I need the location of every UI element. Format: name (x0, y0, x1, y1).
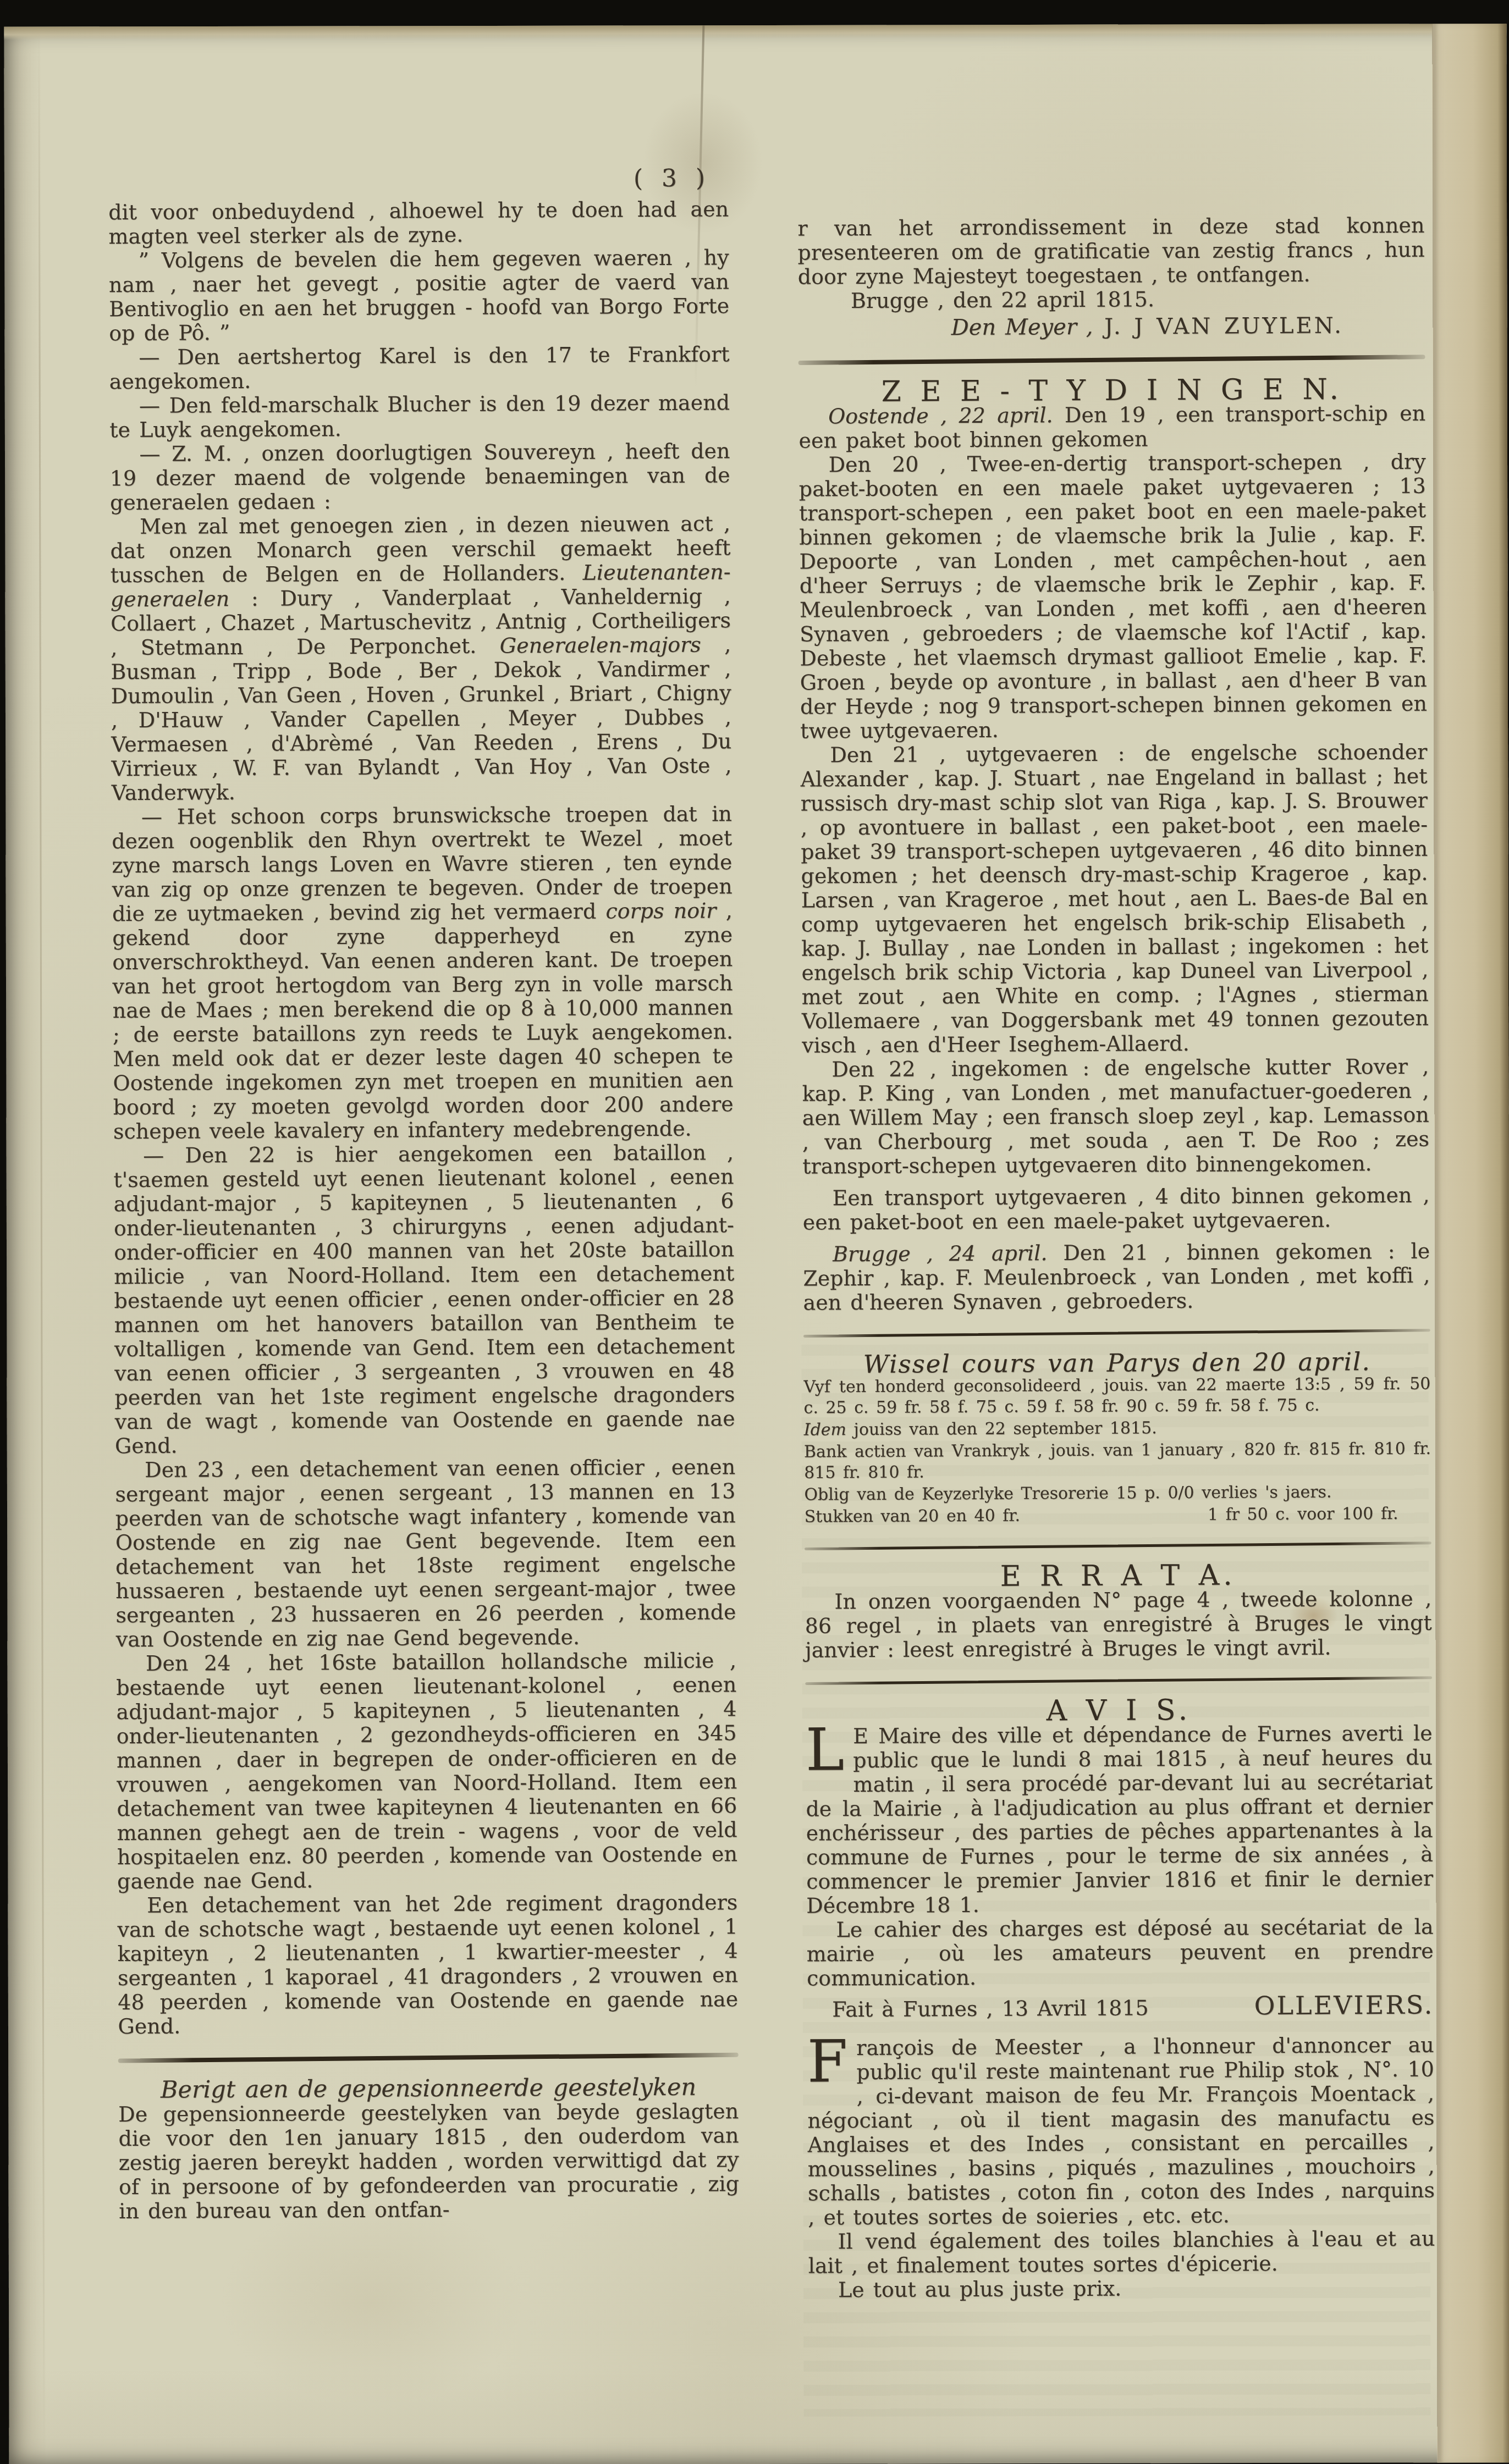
annonce-text-1: rançois de Meester , a l'honneur d'annon… (807, 2033, 1435, 2230)
zee-oostende-dateline: Oostende , 22 april. (828, 403, 1053, 428)
wissel-cours-title: Wissel cours van Parys den 20 april. (803, 1350, 1430, 1377)
horizontal-rule (118, 2053, 739, 2063)
avis-paragraph-1: LE Maire des ville et dépendance de Furn… (806, 1721, 1434, 1918)
paragraph-dragonders: Een detachement van het 2de regiment dra… (117, 1890, 738, 2038)
page-content: ( 3 ) dit voor onbeduydend , alhoewel hy… (0, 21, 1509, 2464)
zee-den20: Den 20 , Twee-en-dertig transport-schepe… (798, 450, 1427, 743)
zee-den21: Den 21 , uytgevaeren : de engelsche scho… (800, 740, 1429, 1058)
page-number: ( 3 ) (634, 164, 711, 192)
signature-line: Den Meyer , J. J VAN ZUYLEN. (798, 313, 1425, 341)
paragraph-den22: — Den 22 is hier aengekomen een bataillo… (113, 1140, 735, 1458)
paragraph-benaemingen: Men zal met genoegen zien , in dezen nie… (110, 511, 732, 805)
right-column: r van het arrondissement in deze stad ko… (797, 213, 1435, 2302)
wissel-line-3: Bank actien van Vrankryk , jouis. van 1 … (804, 1439, 1431, 1484)
annonce-paragraph-2: Il vend également des toiles blanchies à… (808, 2227, 1435, 2278)
avis-fait-line: Fait à Furnes , 13 Avril 1815OLLEVIERS. (807, 1993, 1434, 2022)
wissel-stukken-rate: 1 fr 50 c. voor 100 fr. (1208, 1504, 1398, 1526)
corps-noir-label: corps noir (605, 898, 716, 923)
zee-tydingen-title: Z E E - T Y D I N G E N. (798, 377, 1425, 405)
signature-name: J. J VAN ZUYLEN. (1093, 313, 1343, 339)
zee-transport: Een transport uytgevaeren , 4 dito binne… (802, 1183, 1429, 1235)
paragraph-brunswick: — Het schoon corps brunswicksche troepen… (112, 802, 734, 1143)
zee-den22: Den 22 , ingekomen : de engelsche kutter… (802, 1054, 1429, 1179)
errata-title: E R R A T A. (805, 1562, 1431, 1590)
signature-prefix: Den Meyer , (951, 314, 1093, 340)
zee-oostende: Oostende , 22 april. Den 19 , een transp… (798, 401, 1425, 453)
left-column: dit voor onbeduydend , alhoewel hy te do… (108, 197, 739, 2223)
paragraph-continuation: dit voor onbeduydend , alhoewel hy te do… (108, 197, 729, 248)
zee-brugge-dateline: Brugge , 24 april. (833, 1241, 1048, 1266)
wissel-cours-block: Vyf ten honderd geconsolideerd , jouis. … (803, 1374, 1431, 1528)
paragraph-den23: Den 23 , een detachement van eenen offic… (115, 1455, 736, 1651)
horizontal-rule (805, 1542, 1431, 1550)
paragraph-blucher: — Den feld-marschalk Blucher is den 19 d… (109, 390, 730, 442)
brunswick-rest: , gekend door zyne dapperheyd en zyne on… (112, 898, 734, 1143)
wissel-line-4: Oblig van de Keyzerlyke Tresorerie 15 p.… (804, 1482, 1431, 1506)
paragraph-gratificatie: r van het arrondissement in deze stad ko… (797, 213, 1425, 289)
paragraph-karel: — Den aertshertog Karel is den 17 te Fra… (109, 342, 729, 394)
horizontal-rule (803, 1329, 1430, 1338)
paper-sheet: ( 3 ) dit voor onbeduydend , alhoewel hy… (4, 24, 1509, 2464)
notice-body: De gepensionneerde geestelyken van beyde… (118, 2099, 739, 2223)
annonce-paragraph-1: François de Meester , a l'honneur d'anno… (807, 2033, 1435, 2230)
avis-dropcap: L (806, 1726, 845, 1774)
wissel-stukken: Stukken van 20 en 40 fr. (804, 1506, 1020, 1528)
horizontal-rule (798, 355, 1425, 365)
avis-paragraph-2: Le cahier des charges est déposé au secé… (806, 1915, 1434, 1991)
wissel-idem: Idem (804, 1420, 846, 1439)
avis-title: A V I S. (805, 1697, 1432, 1725)
avis-text-1: E Maire des ville et dépendance de Furne… (806, 1721, 1433, 1918)
avis-signature: OLLEVIERS. (1229, 1993, 1434, 2018)
avis-fait: Fait à Furnes , 13 Avril 1815 (807, 1996, 1149, 2021)
zee-brugge: Brugge , 24 april. Den 21 , binnen gekom… (803, 1239, 1430, 1315)
newspaper-scan: ( 3 ) dit voor onbeduydend , alhoewel hy… (0, 0, 1509, 2464)
notice-title: Berigt aen de gepensionneerde geestelyke… (118, 2075, 739, 2102)
benaemingen-gm-label: Generaelen-majors (500, 633, 701, 658)
wissel-line-2: Idem jouiss van den 22 september 1815. (804, 1417, 1431, 1441)
annonce-paragraph-3: Le tout au plus juste prix. (808, 2275, 1435, 2302)
paragraph-quote: ” Volgens de bevelen die hem gegeven wae… (108, 245, 729, 345)
horizontal-rule (805, 1676, 1432, 1685)
wissel-line-1: Vyf ten honderd geconsolideerd , jouis. … (803, 1374, 1430, 1419)
paragraph-souvereyn: — Z. M. , onzen doorlugtigen Souvereyn ,… (109, 439, 730, 515)
errata-body: In onzen voorgaenden N° page 4 , tweede … (805, 1587, 1432, 1662)
wissel-line-5: Stukken van 20 en 40 fr.1 fr 50 c. voor … (804, 1504, 1431, 1528)
wissel-line-2-text: jouiss van den 22 september 1815. (846, 1418, 1157, 1439)
dateline-brugge: Brugge , den 22 april 1815. (798, 286, 1425, 313)
paragraph-den24: Den 24 , het 16ste bataillon hollandsche… (116, 1648, 737, 1893)
annonce-dropcap: F (807, 2038, 848, 2085)
